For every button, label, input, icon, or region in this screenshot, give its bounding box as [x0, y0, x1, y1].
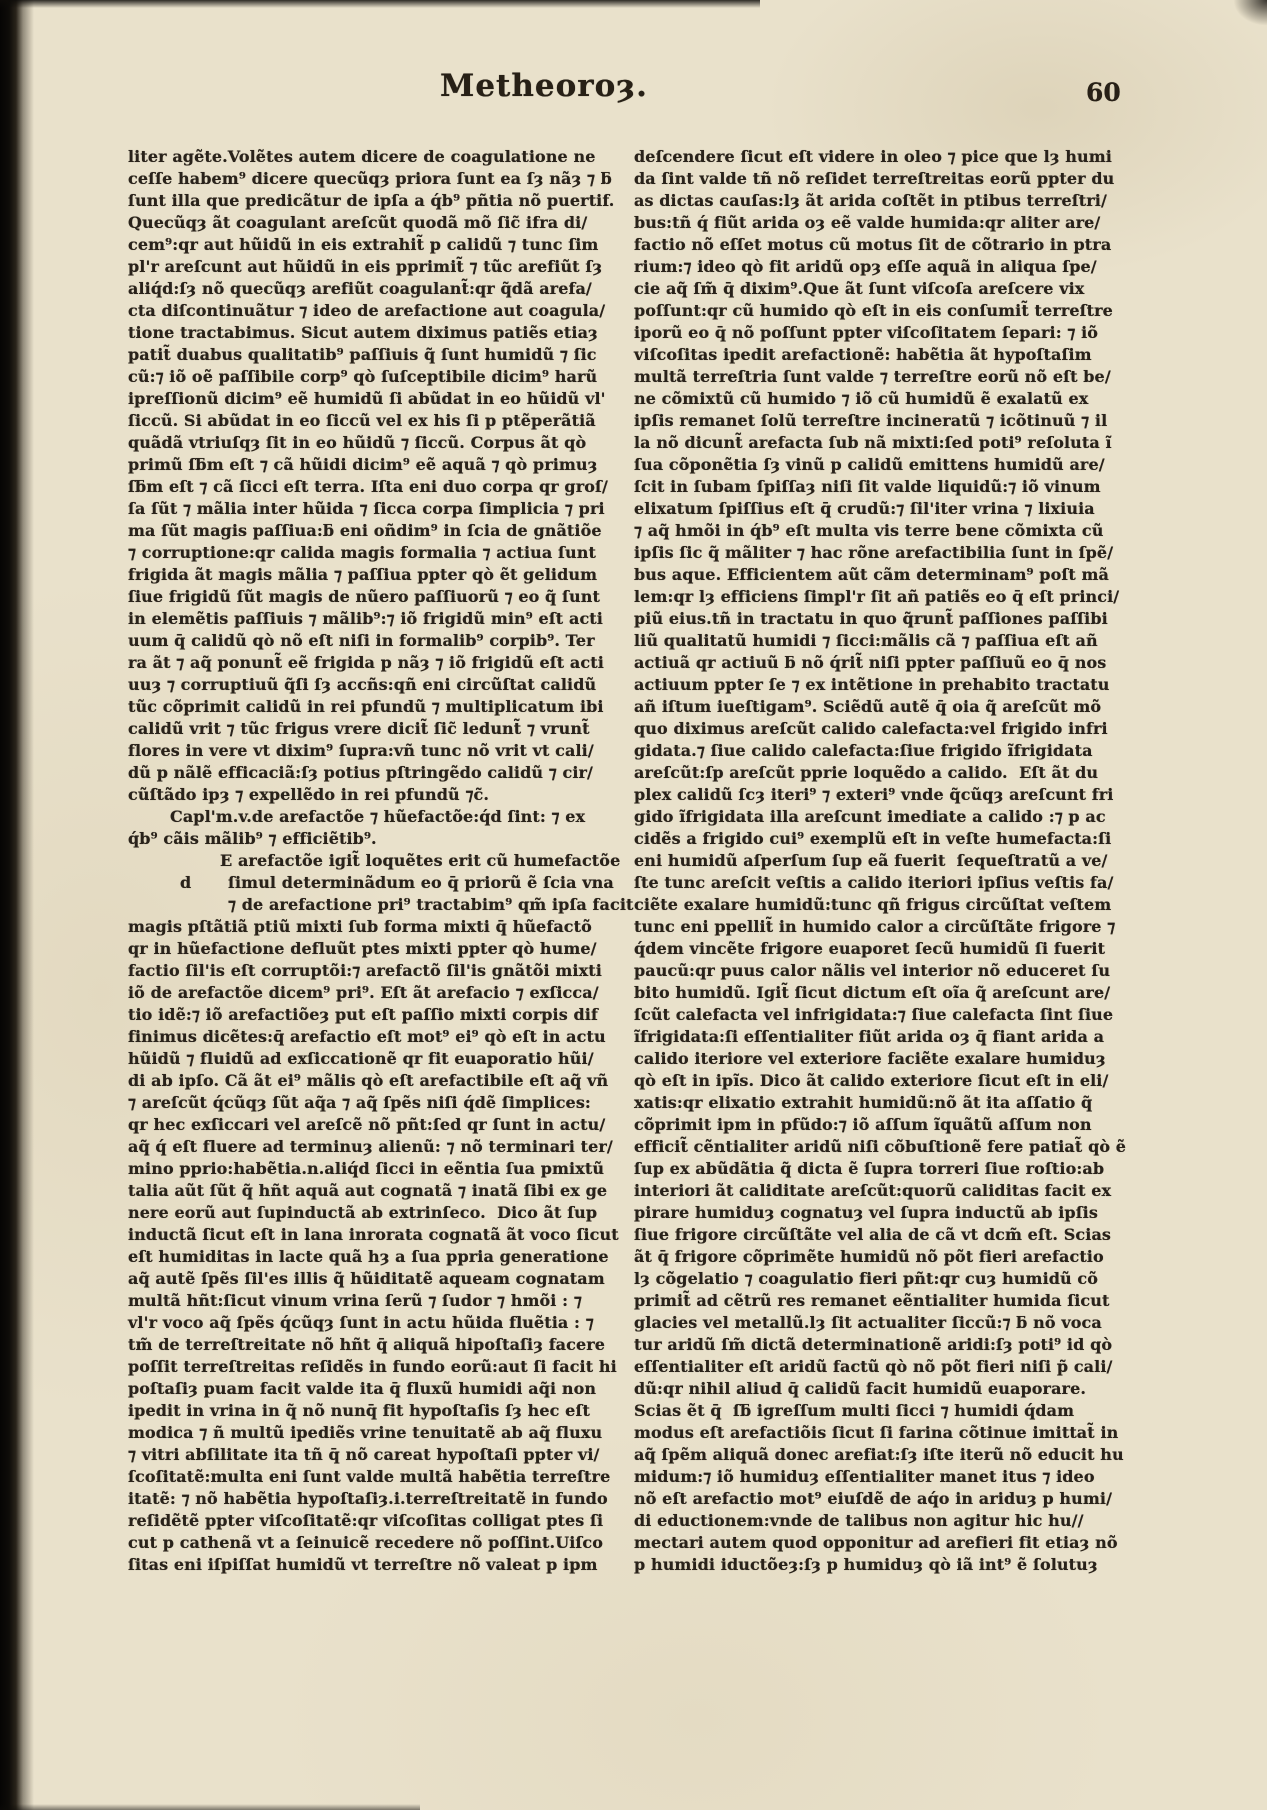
text-line: factio nõ eſſet motus cũ motus ſit de cõ…	[634, 234, 1074, 256]
text-line: lȝ cõgelatio ⁊ coagulatio fieri pñt:qr c…	[634, 1268, 1074, 1290]
text-line: uum q̄ calidũ qò nõ eſt niſi in formalib…	[128, 630, 565, 652]
text-line: q́dem vincẽte frigore euaporet ſecũ humi…	[634, 938, 1074, 960]
text-line: di eductionem:vnde de talibus non agitur…	[634, 1510, 1074, 1532]
text-line: tunc eni ppellit̃ in humido calor a circ…	[634, 916, 1074, 938]
text-line: ſunt illa que predicãtur de ipſa a q́b⁹ …	[128, 190, 565, 212]
text-line: xatis:qr elixatio extrahit humidũ:nõ ãt …	[634, 1092, 1074, 1114]
text-line: ra ãt ⁊ aq̃ ponunt̃ eẽ frigida p nãȝ ⁊ i…	[128, 652, 565, 674]
right-text-column: deſcendere ſicut eſt videre in oleo ⁊ pi…	[634, 146, 1074, 1576]
text-line: calido iteriore vel exteriore faciẽte ex…	[634, 1048, 1074, 1070]
text-line: tio idẽ:⁊ iõ arefactiõeȝ put eſt paſſio …	[128, 1004, 565, 1026]
text-line: ſiue frigidũ ſũt magis de nũero paſſiuor…	[128, 586, 565, 608]
text-line: ſiccũ. Si abũdat in eo ſiccũ vel ex his …	[128, 410, 565, 432]
text-line: ⁊ areſcũt q́cũqȝ ſũt aq̃a ⁊ aq̃ ſpẽs niſ…	[128, 1092, 565, 1114]
text-line: eni humidũ aſperſum ſup eã fuerit ſequeſ…	[634, 850, 1074, 872]
page-top-edge-shadow	[0, 0, 760, 8]
text-line: gido ĩfrigidata illa areſcunt imediate a…	[634, 806, 1074, 828]
text-line: Scias ẽt q̄ ſƃ igreſſum multi ſicci ⁊ hu…	[634, 1400, 1074, 1422]
text-line: tur aridũ ſm̃ dictã determinationẽ aridi…	[634, 1334, 1074, 1356]
text-line: dũ:qr nihil aliud q̄ calidũ facit humidũ…	[634, 1378, 1074, 1400]
text-line: cũſtãdo ipȝ ⁊ expellẽdo in rei pfundũ ⁊c…	[128, 784, 565, 806]
folio-number: 60	[1086, 78, 1121, 107]
text-line: cidẽs a frigido cui⁹ exemplũ eſt in veſt…	[634, 828, 1074, 850]
text-line: ſup ex abũdãtia q̃ dicta ẽ ſupra torreri…	[634, 1158, 1074, 1180]
text-line: paucũ:qr puus calor nãlis vel interior n…	[634, 960, 1074, 982]
text-line: midum:⁊ iõ humiduȝ eſſentialiter manet i…	[634, 1466, 1074, 1488]
text-line: ãt q̄ frigore cõprimẽte humidũ nõ põt fi…	[634, 1246, 1074, 1268]
text-line: primit̃ ad cẽtrũ res remanet eẽntialiter…	[634, 1290, 1074, 1312]
text-line: nõ eſt arefactio mot⁹ eiuſdẽ de aq́o in …	[634, 1488, 1074, 1510]
text-line: multã terreſtria ſunt valde ⁊ terreſtre …	[634, 366, 1074, 388]
text-line: itatẽ: ⁊ nõ habẽtia hypoſtaſiȝ.i.terreſt…	[128, 1488, 565, 1510]
text-line: patit̃ duabus qualitatib⁹ paſſiuis q̃ ſu…	[128, 344, 565, 366]
text-line: pirare humiduȝ cognatuȝ vel ſupra induct…	[634, 1202, 1074, 1224]
text-line: cta diſcontinuãtur ⁊ ideo de arefactione…	[128, 300, 565, 322]
text-line: modica ⁊ ñ multũ ipediẽs vrine tenuitatẽ…	[128, 1422, 565, 1444]
text-line: poſſit terreſtreitas reſidẽs in fundo eo…	[128, 1356, 565, 1378]
book-page-scan: { "page": { "header_title": "Metheoroȝ."…	[0, 0, 1267, 1810]
text-line: la nõ dicunt̃ arefacta ſub nã mixti:ſed …	[634, 432, 1074, 454]
text-line: as dictas cauſas:lȝ ãt arida coſtẽt in p…	[634, 190, 1074, 212]
text-line: bus:tñ q́ fiũt arida oȝ eẽ valde humida:…	[634, 212, 1074, 234]
text-line: qr hec exſiccari vel areſcẽ nõ pñt:ſed q…	[128, 1114, 565, 1136]
text-line: talia aũt ſũt q̃ hñt aquã aut cognatã ⁊ …	[128, 1180, 565, 1202]
page-corner-shadow	[1233, 0, 1267, 26]
left-text-column: liter agẽte.Volẽtes autem dicere de coag…	[128, 146, 565, 1576]
text-line: liter agẽte.Volẽtes autem dicere de coag…	[128, 146, 565, 168]
text-line: cie aq̃ ſm̃ q̄ dixim⁹.Que ãt ſunt viſcoſ…	[634, 278, 1074, 300]
text-line: iporũ eo q̄ nõ poſſunt ppter viſcoſitate…	[634, 322, 1074, 344]
binding-gutter-shadow	[0, 0, 34, 1810]
text-line: ĩfrigidata:ſi eſſentialiter fiũt arida o…	[634, 1026, 1074, 1048]
text-line: calidũ vrit ⁊ tũc frigus vrere dicit̃ ſi…	[128, 718, 565, 740]
text-line: ſiue frigore circũſtãte vel alia de cã v…	[634, 1224, 1074, 1246]
text-line: ⁊ de arefactione pri⁹ tractabim⁹ qm̃ ipſ…	[128, 894, 565, 916]
text-line: aliq́d:ſȝ nõ quecũqȝ arefiũt coagulant̃:…	[128, 278, 565, 300]
text-line: ſcit in ſubam ſpiſſaȝ niſi ſit valde liq…	[634, 476, 1074, 498]
text-line: liũ qualitatũ humidi ⁊ ſicci:mãlis cã ⁊ …	[634, 630, 1074, 652]
text-line: tione tractabimus. Sicut autem diximus p…	[128, 322, 565, 344]
text-line: da ſint valde tñ nõ reſidet terreſtreita…	[634, 168, 1074, 190]
text-line: mectari autem quod opponitur ad arefieri…	[634, 1532, 1074, 1554]
text-line: primũ ſƃm eſt ⁊ cã hũidi dicim⁹ eẽ aquã …	[128, 454, 565, 476]
text-line: dſimul determinãdum eo q̄ priorũ ẽ ſcia …	[128, 872, 565, 894]
text-line: q́b⁹ cãis mãlib⁹ ⁊ efficiẽtib⁹.	[128, 828, 565, 850]
text-line: ſƃm eſt ⁊ cã ſicci eſt terra. Iſta eni d…	[128, 476, 565, 498]
text-line: añ iſtum iueſtigam⁹. Sciẽdũ autẽ q̄ oia …	[634, 696, 1074, 718]
text-line: viſcoſitas ipedit arefactionẽ: habẽtia ã…	[634, 344, 1074, 366]
text-line: ma ſũt magis paſſiua:ƃ eni oñdim⁹ in ſci…	[128, 520, 565, 542]
text-line: uuȝ ⁊ corruptiuũ q̃ſi ſȝ accñs:qñ eni ci…	[128, 674, 565, 696]
text-line: poſtaſiȝ puam facit valde ita q̄ fluxũ h…	[128, 1378, 565, 1400]
text-line: cem⁹:qr aut hũidũ in eis extrahit̃ p cal…	[128, 234, 565, 256]
text-line: frigida ãt magis mãlia ⁊ paſſiua ppter q…	[128, 564, 565, 586]
text-line: nere eorũ aut ſupinductã ab extrinſeco. …	[128, 1202, 565, 1224]
text-line: cut p cathenã vt a ſeinuicẽ recedere nõ …	[128, 1532, 565, 1554]
page-bottom-edge-shadow	[0, 1804, 420, 1810]
running-title: Metheoroȝ.	[440, 68, 640, 104]
text-line: Capl'm.v.de arefactõe ⁊ hũefactõe:q́d ſi…	[128, 806, 565, 828]
text-line: interiori ãt caliditate areſcũt:quorũ ca…	[634, 1180, 1074, 1202]
text-line: iõ de arefactõe dicem⁹ pri⁹. Eſt ãt aref…	[128, 982, 565, 1004]
text-line: factio ſil'is eſt corruptõi:⁊ arefactõ ſ…	[128, 960, 565, 982]
text-line: in elemẽtis paſſiuis ⁊ mãlib⁹:⁊ iõ frigi…	[128, 608, 565, 630]
text-line: cõprimit ipm in pfũdo:⁊ iõ aſſum ĩquãtũ …	[634, 1114, 1074, 1136]
text-line: glacies vel metallũ.lȝ ſit actualiter ſi…	[634, 1312, 1074, 1334]
text-line: finimus dicẽtes:q̄ arefactio eſt mot⁹ ei…	[128, 1026, 565, 1048]
text-line: poſſunt:qr cũ humido qò eſt in eis conſu…	[634, 300, 1074, 322]
text-line: p humidi iductõeȝ:ſȝ p humiduȝ qò iã int…	[634, 1554, 1074, 1576]
text-line: Quecũqȝ ãt coagulant areſcũt quodã mõ ſi…	[128, 212, 565, 234]
text-line: ⁊ aq̃ hmõi in q́b⁹ eſt multa vis terre b…	[634, 520, 1074, 542]
text-line: ne cõmixtũ cũ humido ⁊ iõ cũ humidũ ẽ ex…	[634, 388, 1074, 410]
text-line: plex calidũ ſcȝ iteri⁹ ⁊ exteri⁹ vnde q̃…	[634, 784, 1074, 806]
text-line: areſcũt:ſp areſcũt pprie loquẽdo a calid…	[634, 762, 1074, 784]
text-line: ipreſſionũ dicim⁹ eẽ humidũ ſi abũdat in…	[128, 388, 565, 410]
text-line: lem:qr lȝ efficiens ſimpl'r ſit añ patiẽ…	[634, 586, 1074, 608]
initial-guide-letter: d	[180, 872, 191, 894]
text-line: eſſentialiter eſt aridũ factũ qò nõ põt …	[634, 1356, 1074, 1378]
text-line: ceſſe habem⁹ dicere quecũqȝ priora ſunt …	[128, 168, 565, 190]
text-line: bus aque. Efficientem aũt cãm determinam…	[634, 564, 1074, 586]
text-line: ſte tunc areſcit veſtis a calido iterior…	[634, 872, 1074, 894]
text-line: eſt humiditas in lacte quã hȝ a ſua ppri…	[128, 1246, 565, 1268]
text-line: E arefactõe igit̃ loquẽtes erit cũ humef…	[128, 850, 565, 872]
text-line: dũ p nãlẽ efficaciã:ſȝ potius pſtringẽdo…	[128, 762, 565, 784]
text-line: vl'r voco aq̃ ſpẽs q́cũqȝ ſunt in actu h…	[128, 1312, 565, 1334]
text-line: magis pſtãtiã ptiũ mixti ſub forma mixti…	[128, 916, 565, 938]
text-line: efficit̃ cẽntialiter aridũ niſi cõbuſtio…	[634, 1136, 1074, 1158]
text-line: flores in vere vt dixim⁹ ſupra:vñ tunc n…	[128, 740, 565, 762]
text-line: rium:⁊ ideo qò fit aridũ opȝ eſſe aquã i…	[634, 256, 1074, 278]
text-line: ſa ſũt ⁊ mãlia inter hũida ⁊ ſicca corpa…	[128, 498, 565, 520]
text-line: ⁊ corruptione:qr calida magis formalia ⁊…	[128, 542, 565, 564]
text-line: piũ eius.tñ in tractatu in quo q̃runt̃ p…	[634, 608, 1074, 630]
text-line: pl'r areſcunt aut hũidũ in eis pprimit̃ …	[128, 256, 565, 278]
text-line: aq̃ q́ eſt fluere ad terminuȝ alienũ: ⁊ …	[128, 1136, 565, 1158]
text-line: ciẽte exalare humidũ:tunc qñ frigus circ…	[634, 894, 1074, 916]
text-line: quo diximus areſcũt calido calefacta:vel…	[634, 718, 1074, 740]
text-line: ſitas eni iſpiſſat humidũ vt terreſtre n…	[128, 1554, 565, 1576]
text-line: ſcoſitatẽ:multa eni ſunt valde multã hab…	[128, 1466, 565, 1488]
text-line: qò eſt in ipĩs. Dico ãt calido exteriore…	[634, 1070, 1074, 1092]
text-line: aq̃ autẽ ſpẽs ſil'es illis q̃ hũiditatẽ …	[128, 1268, 565, 1290]
text-line: cũ:⁊ iõ oẽ paſſibile corp⁹ qò ſuſceptibi…	[128, 366, 565, 388]
text-line: ⁊ vitri abſilitate ita tñ q̄ nõ careat h…	[128, 1444, 565, 1466]
text-line: di ab ipſo. Cã ãt ei⁹ mãlis qò eſt arefa…	[128, 1070, 565, 1092]
text-line: ipedit in vrina in q̃ nõ nunq̄ fit hypoſ…	[128, 1400, 565, 1422]
text-line: elixatum ſpiſſius eſt q̄ crudũ:⁊ ſil'ite…	[634, 498, 1074, 520]
text-line: ipſis ſic q̃ mãliter ⁊ hac rõne arefacti…	[634, 542, 1074, 564]
text-line: aq̃ ſpẽm aliquã donec arefiat:ſȝ iſte it…	[634, 1444, 1074, 1466]
text-line: reſidẽtẽ ppter viſcoſitatẽ:qr viſcoſitas…	[128, 1510, 565, 1532]
text-line: ſua cõponẽtia ſȝ vinũ p calidũ emittens …	[634, 454, 1074, 476]
text-line: quãdã vtriuſqȝ ſit in eo hũidũ ⁊ ſiccũ. …	[128, 432, 565, 454]
text-line: ipſis remanet ſolũ terreſtre incineratũ …	[634, 410, 1074, 432]
text-line: ſcũt calefacta vel infrigidata:⁊ ſiue ca…	[634, 1004, 1074, 1026]
text-line: inductã ſicut eſt in lana inrorata cogna…	[128, 1224, 565, 1246]
text-line: hũidũ ⁊ fluidũ ad exſiccationẽ qr fit eu…	[128, 1048, 565, 1070]
text-line: gidata.⁊ ſiue calido calefacta:ſiue frig…	[634, 740, 1074, 762]
text-line: bito humidũ. Igit̃ ſicut dictum eſt oĩa …	[634, 982, 1074, 1004]
text-line: tm̃ de terreſtreitate nõ hñt q̄ aliquã h…	[128, 1334, 565, 1356]
text-line: tũc cõprimit calidũ in rei pfundũ ⁊ mult…	[128, 696, 565, 718]
text-line: mino pprio:habẽtia.n.aliq́d ſicci in eẽn…	[128, 1158, 565, 1180]
text-line: modus eſt arefactiõis ſicut ſi farina cõ…	[634, 1422, 1074, 1444]
text-line: qr in hũefactione defluũt ptes mixti ppt…	[128, 938, 565, 960]
text-line: deſcendere ſicut eſt videre in oleo ⁊ pi…	[634, 146, 1074, 168]
text-line: actiuã qr actiuũ ƃ nõ q́rit̃ niſi ppter …	[634, 652, 1074, 674]
text-line: actiuum ppter ſe ⁊ ex intẽtione in preha…	[634, 674, 1074, 696]
text-line: multã hñt:ſicut vinum vrina ſerũ ⁊ ſudor…	[128, 1290, 565, 1312]
